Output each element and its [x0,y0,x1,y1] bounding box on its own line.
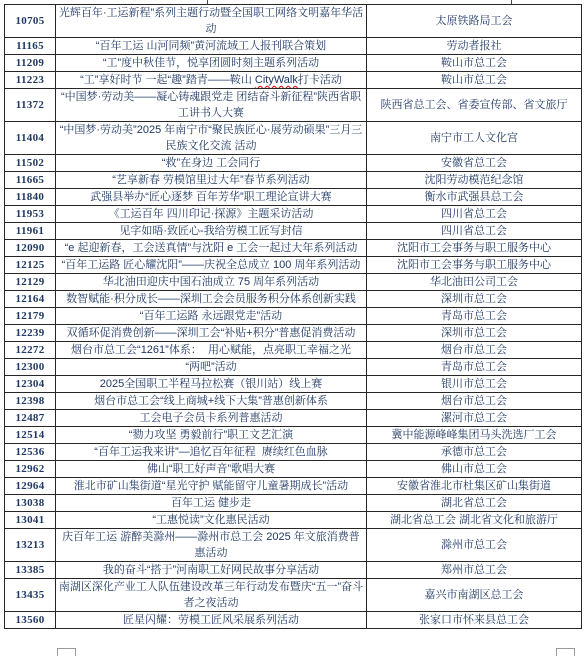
organizer-cell[interactable]: 沈阳市工会事务与职工服务中心 [367,257,582,274]
organizer-cell[interactable]: 四川省总工会 [367,206,582,223]
activity-id-cell[interactable]: 12272 [5,342,56,359]
activity-title-cell[interactable]: 工会电子会员卡系列普惠活动 [56,410,367,427]
organizer-cell[interactable]: 鞍山市总工会 [367,72,582,89]
table-row: 11502“救”在身边 工会同行安徽省总工会 [5,155,582,172]
organizer-cell[interactable]: 沈阳市工会事务与职工服务中心 [367,240,582,257]
activity-title-cell[interactable]: 华北油田迎庆中国石油成立 75 周年系列活动 [56,274,367,291]
table-row: 11209“工”度中秋佳节，悦享团圆时刻主题系列活动鞍山市总工会 [5,55,582,72]
table-row: 10705光辉百年·工运新程”系列主题行动暨全国职工网络文明嘉年华活动太原铁路局… [5,5,582,38]
activities-table-body: 10705光辉百年·工运新程”系列主题行动暨全国职工网络文明嘉年华活动太原铁路局… [5,5,582,629]
organizer-cell[interactable]: 烟台市总工会 [367,342,582,359]
activity-id-cell[interactable]: 10705 [5,5,56,38]
activity-id-cell[interactable]: 13560 [5,612,56,629]
activity-id-cell[interactable]: 11665 [5,172,56,189]
activity-title-cell[interactable]: 烟台市总工会“线上商城+线下大集”普惠创新体系 [56,393,367,410]
table-row: 11665“艺享新春 劳模馆里过大年”春节系列活动沈阳劳动模范纪念馆 [5,172,582,189]
activity-id-cell[interactable]: 12514 [5,427,56,444]
activity-title-cell[interactable]: 百年工运 健步走 [56,495,367,512]
activity-title-cell[interactable]: 南湖区深化产业工人队伍建设改革三年行动发布暨庆“五一”奋斗者之夜活动 [56,579,367,612]
activity-id-cell[interactable]: 13385 [5,562,56,579]
activity-title-cell[interactable]: 数智赋能·积分成长——深圳工会会员服务积分体系创新实践 [56,291,367,308]
organizer-cell[interactable]: 深圳市总工会 [367,291,582,308]
activity-id-cell[interactable]: 11165 [5,38,56,55]
activity-title-cell[interactable]: “救”在身边 工会同行 [56,155,367,172]
table-row: 11953《工运百年 四川印记·探源》主题采访活动四川省总工会 [5,206,582,223]
organizer-cell[interactable]: 安徽省总工会 [367,155,582,172]
table-row: 11165“百年工运 山河同频”黄河流域工人报刊联合策划劳动者报社 [5,38,582,55]
organizer-cell[interactable]: 滁州市总工会 [367,529,582,562]
table-row: 123042025全国职工半程马拉松赛（银川站）线上赛银川市总工会 [5,376,582,393]
table-row: 12487工会电子会员卡系列普惠活动漯河市总工会 [5,410,582,427]
table-selection-handle-right[interactable] [556,648,575,656]
organizer-cell[interactable]: 张家口市怀来县总工会 [367,612,582,629]
activity-id-cell[interactable]: 12304 [5,376,56,393]
table-row: 12536“百年工运我来讲”—追忆百年征程 赓续红色血脉承德市总工会 [5,444,582,461]
activity-title-cell[interactable]: “e 起迎新春，工会送真情”与沈阳 e 工会一起过大年系列活动 [56,240,367,257]
activity-title-cell[interactable]: “两吧”活动 [56,359,367,376]
activity-id-cell[interactable]: 12164 [5,291,56,308]
organizer-cell[interactable]: 嘉兴市南湖区总工会 [367,579,582,612]
activity-title-cell[interactable]: 见字如晤·致匠心-我给劳模工匠写封信 [56,223,367,240]
activity-title-cell[interactable]: “工”度中秋佳节，悦享团圆时刻主题系列活动 [56,55,367,72]
organizer-cell[interactable]: 劳动者报社 [367,38,582,55]
activity-id-cell[interactable]: 12300 [5,359,56,376]
table-row: 12239双循环促消费创新——深圳工会“补贴+积分”普惠促消费活动深圳市总工会 [5,325,582,342]
activity-title-cell[interactable]: “勠力攻坚 勇毅前行”职工文艺汇演 [56,427,367,444]
organizer-cell[interactable]: 太原铁路局工会 [367,5,582,38]
table-row: 12090“e 起迎新春，工会送真情”与沈阳 e 工会一起过大年系列活动沈阳市工… [5,240,582,257]
table-row: 12179“百年工运路 永远跟党走”活动青岛市总工会 [5,308,582,325]
activity-id-cell[interactable]: 12964 [5,478,56,495]
activity-id-cell[interactable]: 13213 [5,529,56,562]
table-selection-handle-left[interactable] [57,648,76,656]
activity-title-cell[interactable]: 双循环促消费创新——深圳工会“补贴+积分”普惠促消费活动 [56,325,367,342]
table-row: 13560匠星闪耀：劳模工匠风采展系列活动张家口市怀来县总工会 [5,612,582,629]
table-row: 12514“勠力攻坚 勇毅前行”职工文艺汇演冀中能源峰峰集团马头洗选厂工会 [5,427,582,444]
organizer-cell[interactable]: 冀中能源峰峰集团马头洗选厂工会 [367,427,582,444]
table-row: 13385我的奋斗“搭于”河南职工好网民故事分享活动郑州市总工会 [5,562,582,579]
activity-id-cell[interactable]: 11961 [5,223,56,240]
activity-id-cell[interactable]: 12962 [5,461,56,478]
activity-id-cell[interactable]: 13041 [5,512,56,529]
organizer-cell[interactable]: 南宁市工人文化宫 [367,122,582,155]
table-row: 13213庆百年工运 游醉美滁州——滁州市总工会 2025 年文旅消费普惠活动滁… [5,529,582,562]
activity-title-cell[interactable]: “中国梦·劳动美——凝心铸魂跟党走 团结奋斗新征程”陕西省职工讲书人大赛 [56,89,367,122]
activity-id-cell[interactable]: 12487 [5,410,56,427]
table-row: 13041“工惠悦读”文化惠民活动湖北省总工会 湖北省文化和旅游厅 [5,512,582,529]
organizer-cell[interactable]: 青岛市总工会 [367,359,582,376]
table-row: 12964淮北市矿山集街道“星光守护 赋能留守儿童暑期成长”活动安徽省淮北市杜集… [5,478,582,495]
activity-title-cell[interactable]: “百年工运路 匠心耀沈阳”——庆祝全总成立 100 周年系列活动 [56,257,367,274]
activity-id-cell[interactable]: 13038 [5,495,56,512]
activity-id-cell[interactable]: 12239 [5,325,56,342]
table-row: 11404“中国梦·劳动美”2025 年南宁市“聚民族匠心·展劳动硕果”三月三民… [5,122,582,155]
activity-id-cell[interactable]: 11404 [5,122,56,155]
activity-id-cell[interactable]: 11502 [5,155,56,172]
table-row: 11372“中国梦·劳动美——凝心铸魂跟党走 团结奋斗新征程”陕西省职工讲书人大… [5,89,582,122]
table-row: 12398烟台市总工会“线上商城+线下大集”普惠创新体系烟台市总工会 [5,393,582,410]
activity-id-cell[interactable]: 12398 [5,393,56,410]
activity-id-cell[interactable]: 12125 [5,257,56,274]
activity-title-cell[interactable]: 淮北市矿山集街道“星光守护 赋能留守儿童暑期成长”活动 [56,478,367,495]
activity-title-cell[interactable]: “工”享好时节 一起“趣”踏青——鞍山 CityWalk打卡活动 [56,72,367,89]
activity-title-cell[interactable]: 《工运百年 四川印记·探源》主题采访活动 [56,206,367,223]
organizer-cell[interactable]: 青岛市总工会 [367,308,582,325]
activity-title-cell[interactable]: “中国梦·劳动美”2025 年南宁市“聚民族匠心·展劳动硕果”三月三民族文化交流… [56,122,367,155]
table-row: 12300“两吧”活动青岛市总工会 [5,359,582,376]
spellcheck-flagged-word[interactable]: CityWalk [255,74,298,86]
activity-id-cell[interactable]: 11953 [5,206,56,223]
activity-title-cell[interactable]: 我的奋斗“搭于”河南职工好网民故事分享活动 [56,562,367,579]
activity-id-cell[interactable]: 13435 [5,579,56,612]
organizer-cell[interactable]: 四川省总工会 [367,223,582,240]
activity-title-cell[interactable]: “工惠悦读”文化惠民活动 [56,512,367,529]
document-page-background: { "colors": { "text": "#1f3864", "border… [0,0,585,656]
organizer-cell[interactable]: 华北油田公司工会 [367,274,582,291]
organizer-cell[interactable]: 漯河市总工会 [367,410,582,427]
activity-id-cell[interactable]: 11840 [5,189,56,206]
organizer-cell[interactable]: 烟台市总工会 [367,393,582,410]
activity-id-cell[interactable]: 11223 [5,72,56,89]
organizer-cell[interactable]: 陕西省总工会、省委宣传部、省文旅厅 [367,89,582,122]
activity-id-cell[interactable]: 11209 [5,55,56,72]
document-page: 10705光辉百年·工运新程”系列主题行动暨全国职工网络文明嘉年华活动太原铁路局… [4,4,582,629]
activity-title-cell[interactable]: 光辉百年·工运新程”系列主题行动暨全国职工网络文明嘉年华活动 [56,5,367,38]
table-row: 12129华北油田迎庆中国石油成立 75 周年系列活动华北油田公司工会 [5,274,582,291]
activity-id-cell[interactable]: 12129 [5,274,56,291]
table-row: 11223“工”享好时节 一起“趣”踏青——鞍山 CityWalk打卡活动鞍山市… [5,72,582,89]
organizer-cell[interactable]: 承德市总工会 [367,444,582,461]
organizer-cell[interactable]: 郑州市总工会 [367,562,582,579]
organizer-cell[interactable]: 湖北省总工会 湖北省文化和旅游厅 [367,512,582,529]
organizer-cell[interactable]: 深圳市总工会 [367,325,582,342]
table-row: 12272烟台市总工会“1261”体系： 用心赋能，点亮职工幸福之光烟台市总工会 [5,342,582,359]
activity-id-cell[interactable]: 12090 [5,240,56,257]
activity-title-cell[interactable]: 佛山“职工好声音”歌唱大赛 [56,461,367,478]
activity-title-cell[interactable]: 武强县举办“匠心逐梦 百年芳华”职工理论宣讲大赛 [56,189,367,206]
table-row: 12962佛山“职工好声音”歌唱大赛佛山市总工会 [5,461,582,478]
organizer-cell[interactable]: 湖北省总工会 [367,495,582,512]
organizer-cell[interactable]: 银川市总工会 [367,376,582,393]
organizer-cell[interactable]: 安徽省淮北市杜集区矿山集街道 [367,478,582,495]
table-row: 11840武强县举办“匠心逐梦 百年芳华”职工理论宣讲大赛衡水市武强县总工会 [5,189,582,206]
activity-title-cell[interactable]: “艺享新春 劳模馆里过大年”春节系列活动 [56,172,367,189]
activity-title-cell[interactable]: 庆百年工运 游醉美滁州——滁州市总工会 2025 年文旅消费普惠活动 [56,529,367,562]
activity-title-cell[interactable]: “百年工运我来讲”—追忆百年征程 赓续红色血脉 [56,444,367,461]
organizer-cell[interactable]: 沈阳劳动模范纪念馆 [367,172,582,189]
activity-title-cell[interactable]: 烟台市总工会“1261”体系： 用心赋能，点亮职工幸福之光 [56,342,367,359]
organizer-cell[interactable]: 佛山市总工会 [367,461,582,478]
table-row: 12164数智赋能·积分成长——深圳工会会员服务积分体系创新实践深圳市总工会 [5,291,582,308]
activity-title-cell[interactable]: “百年工运路 永远跟党走”活动 [56,308,367,325]
activity-id-cell[interactable]: 11372 [5,89,56,122]
activity-title-cell[interactable]: 匠星闪耀：劳模工匠风采展系列活动 [56,612,367,629]
activity-id-cell[interactable]: 12179 [5,308,56,325]
organizer-cell[interactable]: 衡水市武强县总工会 [367,189,582,206]
organizer-cell[interactable]: 鞍山市总工会 [367,55,582,72]
activities-table: 10705光辉百年·工运新程”系列主题行动暨全国职工网络文明嘉年华活动太原铁路局… [4,4,582,629]
table-row: 11961见字如晤·致匠心-我给劳模工匠写封信四川省总工会 [5,223,582,240]
activity-id-cell[interactable]: 12536 [5,444,56,461]
table-row: 12125“百年工运路 匠心耀沈阳”——庆祝全总成立 100 周年系列活动沈阳市… [5,257,582,274]
table-row: 13038百年工运 健步走湖北省总工会 [5,495,582,512]
activity-title-cell[interactable]: “百年工运 山河同频”黄河流域工人报刊联合策划 [56,38,367,55]
table-row: 13435南湖区深化产业工人队伍建设改革三年行动发布暨庆“五一”奋斗者之夜活动嘉… [5,579,582,612]
activity-title-cell[interactable]: 2025全国职工半程马拉松赛（银川站）线上赛 [56,376,367,393]
